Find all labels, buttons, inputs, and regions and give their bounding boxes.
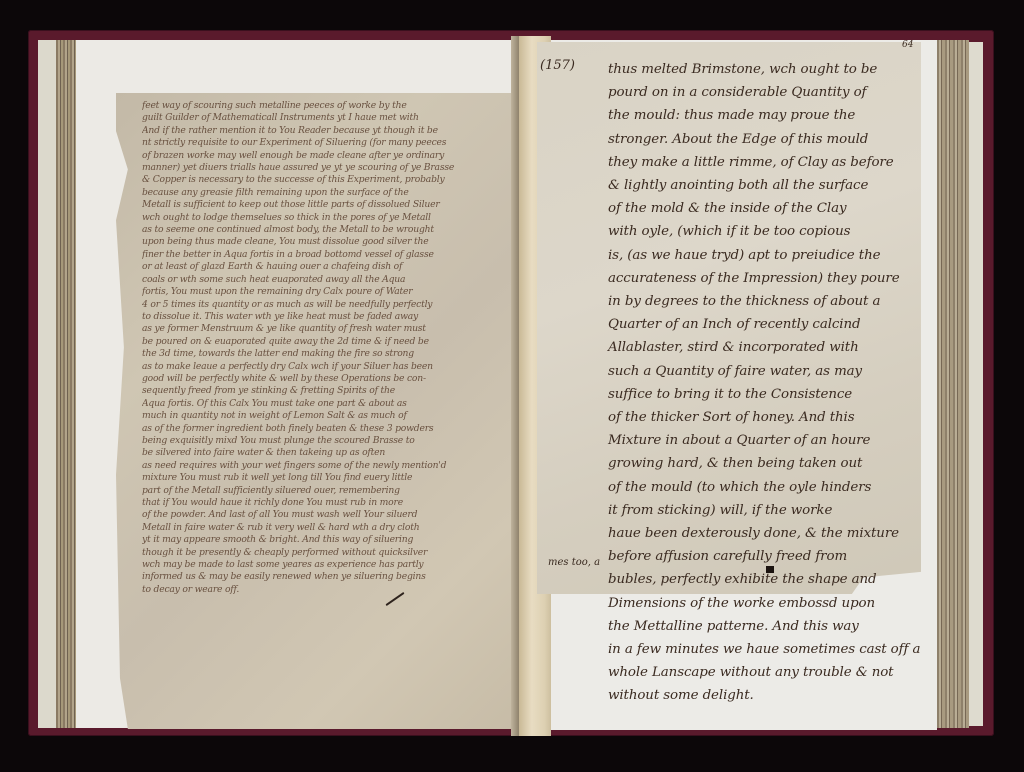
- text-line: the mould: thus made may proue the: [608, 104, 918, 127]
- text-line: And if the rather mention it to You Read…: [142, 125, 492, 137]
- text-line: the 3d time, towards the latter end maki…: [142, 348, 492, 360]
- text-line: pourd on in a considerable Quantity of: [608, 81, 918, 104]
- folio-number: (157): [540, 58, 575, 73]
- left-page-text: feet way of scouring such metalline peec…: [142, 100, 492, 596]
- text-line: guilt Guilder of Mathematicall Instrumen…: [142, 112, 492, 124]
- right-page-text: thus melted Brimstone, wch ought to be p…: [608, 58, 918, 708]
- text-line: without some delight.: [608, 684, 918, 707]
- text-line: yt it may appeare smooth & bright. And t…: [142, 534, 492, 546]
- text-line: with oyle, (which if it be too copious: [608, 220, 918, 243]
- text-line: fortis, You must upon the remaining dry …: [142, 286, 492, 298]
- text-line: of the mould (to which the oyle hinders: [608, 476, 918, 499]
- right-flyleaf: [969, 42, 983, 726]
- text-line: because any greasie filth remaining upon…: [142, 187, 492, 199]
- text-line: as ye former Menstruum & ye like quantit…: [142, 323, 492, 335]
- text-line: though it be presently & cheaply perform…: [142, 547, 492, 559]
- text-line: it from sticking) will, if the worke: [608, 499, 918, 522]
- text-line: good will be perfectly white & well by t…: [142, 373, 492, 385]
- text-line: much in quantity not in weight of Lemon …: [142, 410, 492, 422]
- text-line: the Mettalline patterne. And this way: [608, 615, 918, 638]
- text-line: of the mold & the inside of the Clay: [608, 197, 918, 220]
- text-line: or at least of glazd Earth & hauing ouer…: [142, 261, 492, 273]
- text-line: Allablaster, stird & incorporated with: [608, 336, 918, 359]
- text-line: coals or wth some such heat euaporated a…: [142, 274, 492, 286]
- text-line: be silvered into faire water & then take…: [142, 447, 492, 459]
- text-line: mixture You must rub it well yet long ti…: [142, 472, 492, 484]
- text-line: suffice to bring it to the Consistence: [608, 383, 918, 406]
- text-line: sequently freed from ye stinking & frett…: [142, 385, 492, 397]
- left-flyleaf: [38, 40, 58, 728]
- text-line: bubles, perfectly exhibite the shape and: [608, 568, 918, 591]
- left-page-edges: [56, 40, 76, 728]
- text-line: accurateness of the Impression) they pou…: [608, 267, 918, 290]
- text-line: in by degrees to the thickness of about …: [608, 290, 918, 313]
- text-line: Metall in faire water & rub it very well…: [142, 522, 492, 534]
- text-line: before affusion carefully freed from: [608, 545, 918, 568]
- text-line: & Copper is necessary to the successe of…: [142, 174, 492, 186]
- text-line: is, (as we haue tryd) apt to preiudice t…: [608, 244, 918, 267]
- text-line: Quarter of an Inch of recently calcind: [608, 313, 918, 336]
- text-line: manner) yet diuers trialls haue assured …: [142, 162, 492, 174]
- text-line: whole Lanscape without any trouble & not: [608, 661, 918, 684]
- text-line: of the powder. And last of all You must …: [142, 509, 492, 521]
- text-line: upon being thus made cleane, You must di…: [142, 236, 492, 248]
- text-line: as to make leaue a perfectly dry Calx wc…: [142, 361, 492, 373]
- text-line: as need requires with your wet fingers s…: [142, 460, 492, 472]
- text-line: nt strictly requisite to our Experiment …: [142, 137, 492, 149]
- text-line: informed us & may be easily renewed when…: [142, 571, 492, 583]
- text-line: of brazen worke may well enough be made …: [142, 150, 492, 162]
- text-line: growing hard, & then being taken out: [608, 452, 918, 475]
- right-page-edges: [937, 40, 969, 728]
- text-line: Dimensions of the worke embossd upon: [608, 592, 918, 615]
- text-line: part of the Metall sufficiently siluered…: [142, 485, 492, 497]
- text-line: that if You would haue it richly done Yo…: [142, 497, 492, 509]
- text-line: such a Quantity of faire water, as may: [608, 360, 918, 383]
- gutter-shadow: [511, 36, 519, 736]
- text-line: feet way of scouring such metalline peec…: [142, 100, 492, 112]
- text-line: be poured on & euaporated quite away the…: [142, 336, 492, 348]
- text-line: haue been dexterously done, & the mixtur…: [608, 522, 918, 545]
- text-line: Aqua fortis. Of this Calx You must take …: [142, 398, 492, 410]
- text-line: thus melted Brimstone, wch ought to be: [608, 58, 918, 81]
- text-line: finer the better in Aqua fortis in a bro…: [142, 249, 492, 261]
- text-line: to dissolue it. This water wth ye like h…: [142, 311, 492, 323]
- text-line: as to seeme one continued almost body, t…: [142, 224, 492, 236]
- text-line: & lightly anointing both all the surface: [608, 174, 918, 197]
- text-line: of the thicker Sort of honey. And this: [608, 406, 918, 429]
- text-line: wch may be made to last some yeares as e…: [142, 559, 492, 571]
- text-line: they make a little rimme, of Clay as bef…: [608, 151, 918, 174]
- text-line: Mixture in about a Quarter of an houre: [608, 429, 918, 452]
- text-line: being exquisitly mixd You must plunge th…: [142, 435, 492, 447]
- text-line: to decay or weare off.: [142, 584, 492, 596]
- text-line: as of the former ingredient both finely …: [142, 423, 492, 435]
- ink-blot: [766, 566, 774, 573]
- text-line: 4 or 5 times its quantity or as much as …: [142, 299, 492, 311]
- margin-annotation: mes too, a: [548, 557, 600, 568]
- text-line: Metall is sufficient to keep out those l…: [142, 199, 492, 211]
- text-line: wch ought to lodge themselues so thick i…: [142, 212, 492, 224]
- text-line: in a few minutes we haue sometimes cast …: [608, 638, 918, 661]
- corner-annotation: 64: [902, 40, 913, 50]
- text-line: stronger. About the Edge of this mould: [608, 128, 918, 151]
